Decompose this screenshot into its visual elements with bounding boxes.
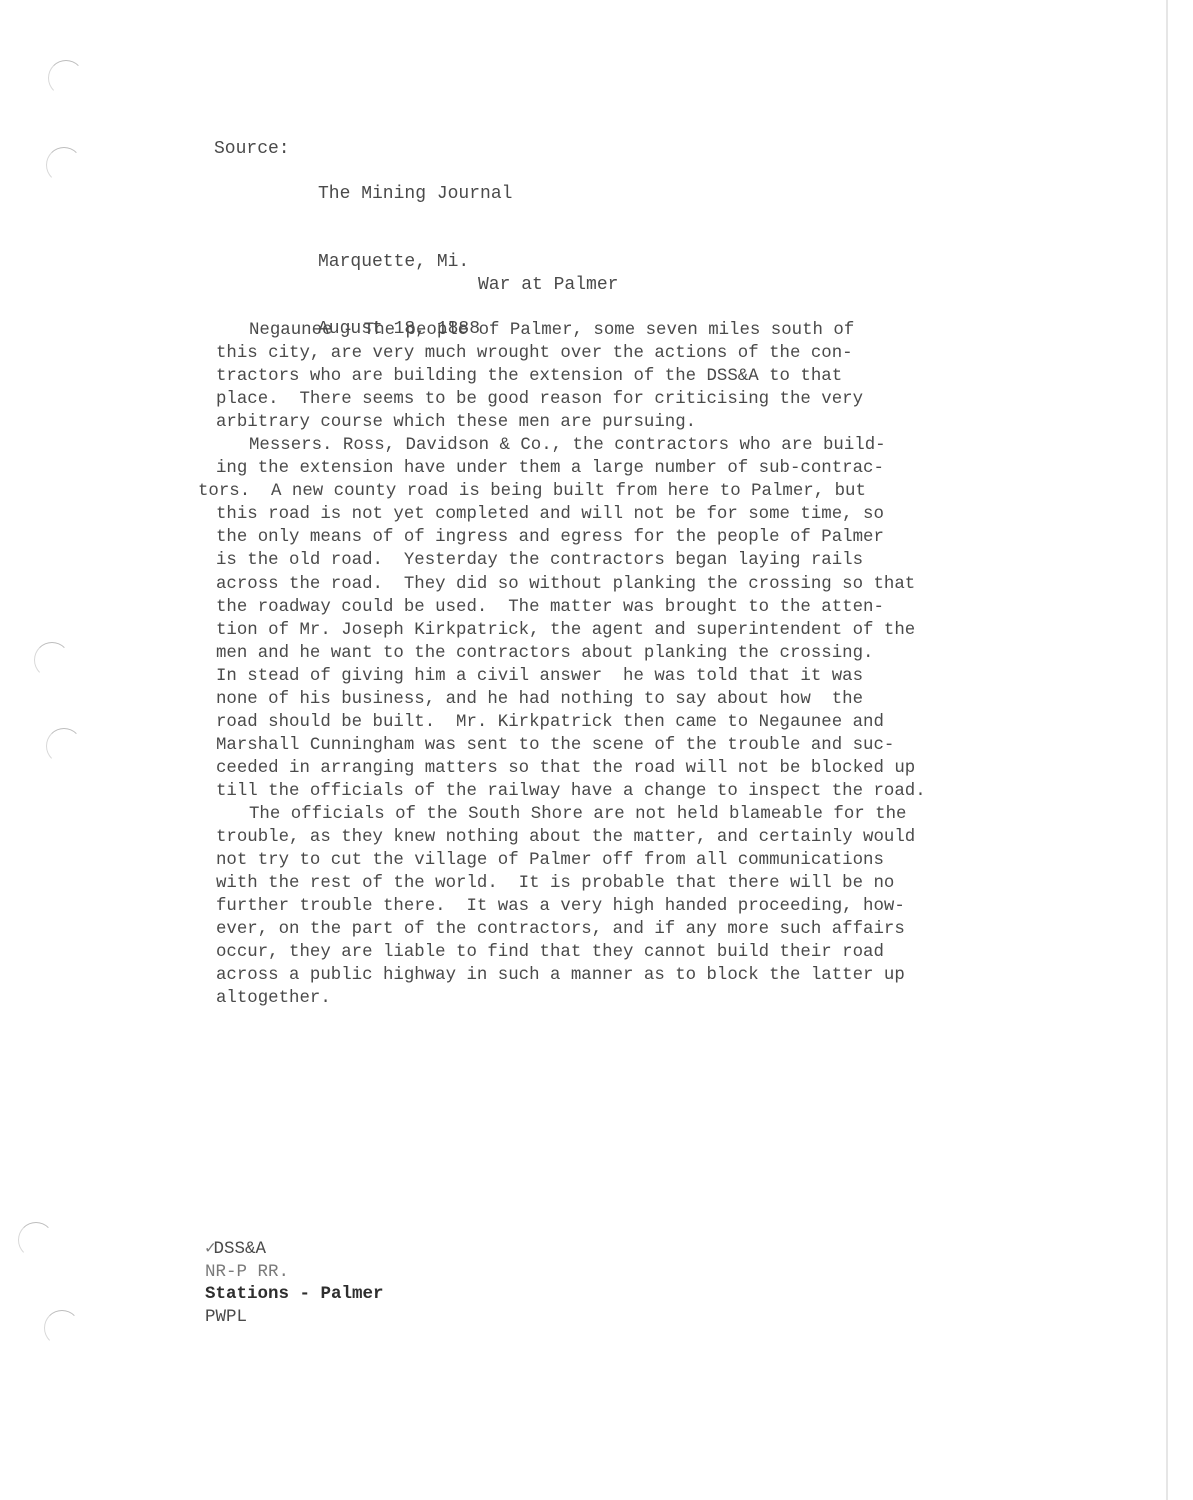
article-line: this road is not yet completed and will … bbox=[216, 503, 996, 526]
tag-item: PWPL bbox=[205, 1306, 384, 1329]
binder-hole-mark bbox=[44, 1310, 80, 1346]
article-line: across the road. They did so without pla… bbox=[216, 573, 996, 596]
page-edge bbox=[1166, 0, 1168, 1500]
tag-item: Stations - Palmer bbox=[205, 1283, 384, 1306]
article-line: none of his business, and he had nothing… bbox=[216, 688, 996, 711]
article-line: place. There seems to be good reason for… bbox=[216, 388, 996, 411]
article-body: Negaunee - The people of Palmer, some se… bbox=[216, 319, 996, 1010]
article-line: till the officials of the railway have a… bbox=[216, 780, 996, 803]
source-location: Marquette, Mi. bbox=[318, 251, 512, 274]
tag-item: NR-P RR. bbox=[205, 1261, 384, 1284]
binder-hole-mark bbox=[46, 728, 82, 764]
source-publication: The Mining Journal bbox=[318, 183, 512, 206]
article-line: this city, are very much wrought over th… bbox=[216, 342, 996, 365]
article-line: tors. A new county road is being built f… bbox=[198, 480, 996, 503]
binder-hole-mark bbox=[48, 60, 84, 96]
binder-hole-mark bbox=[46, 147, 82, 183]
tag-item: DSS&A bbox=[214, 1239, 267, 1259]
article-line: In stead of giving him a civil answer he… bbox=[216, 665, 996, 688]
article-title: War at Palmer bbox=[478, 275, 618, 295]
article-line: The officials of the South Shore are not… bbox=[216, 803, 996, 826]
article-line: tractors who are building the extension … bbox=[216, 365, 996, 388]
article-line: Negaunee - The people of Palmer, some se… bbox=[216, 319, 996, 342]
article-line: ing the extension have under them a larg… bbox=[216, 457, 996, 480]
article-line: across a public highway in such a manner… bbox=[216, 964, 996, 987]
article-line: men and he want to the contractors about… bbox=[216, 642, 996, 665]
article-line: the only means of of ingress and egress … bbox=[216, 526, 996, 549]
article-line: the roadway could be used. The matter wa… bbox=[216, 596, 996, 619]
source-label: Source: bbox=[214, 138, 290, 161]
article-line: altogether. bbox=[216, 987, 996, 1010]
binder-hole-mark bbox=[18, 1222, 54, 1258]
article-line: arbitrary course which these men are pur… bbox=[216, 411, 996, 434]
article-line: trouble, as they knew nothing about the … bbox=[216, 826, 996, 849]
article-line: Messers. Ross, Davidson & Co., the contr… bbox=[216, 434, 996, 457]
article-line: not try to cut the village of Palmer off… bbox=[216, 849, 996, 872]
article-line: ever, on the part of the contractors, an… bbox=[216, 918, 996, 941]
article-line: with the rest of the world. It is probab… bbox=[216, 872, 996, 895]
article-line: tion of Mr. Joseph Kirkpatrick, the agen… bbox=[216, 619, 996, 642]
article-line: ceeded in arranging matters so that the … bbox=[216, 757, 996, 780]
article-line: is the old road. Yesterday the contracto… bbox=[216, 549, 996, 572]
article-line: road should be built. Mr. Kirkpatrick th… bbox=[216, 711, 996, 734]
index-tags: ✓DSS&A NR-P RR. Stations - Palmer PWPL bbox=[205, 1238, 384, 1328]
article-line: occur, they are liable to find that they… bbox=[216, 941, 996, 964]
binder-hole-mark bbox=[34, 642, 70, 678]
article-line: further trouble there. It was a very hig… bbox=[216, 895, 996, 918]
article-line: Marshall Cunningham was sent to the scen… bbox=[216, 734, 996, 757]
